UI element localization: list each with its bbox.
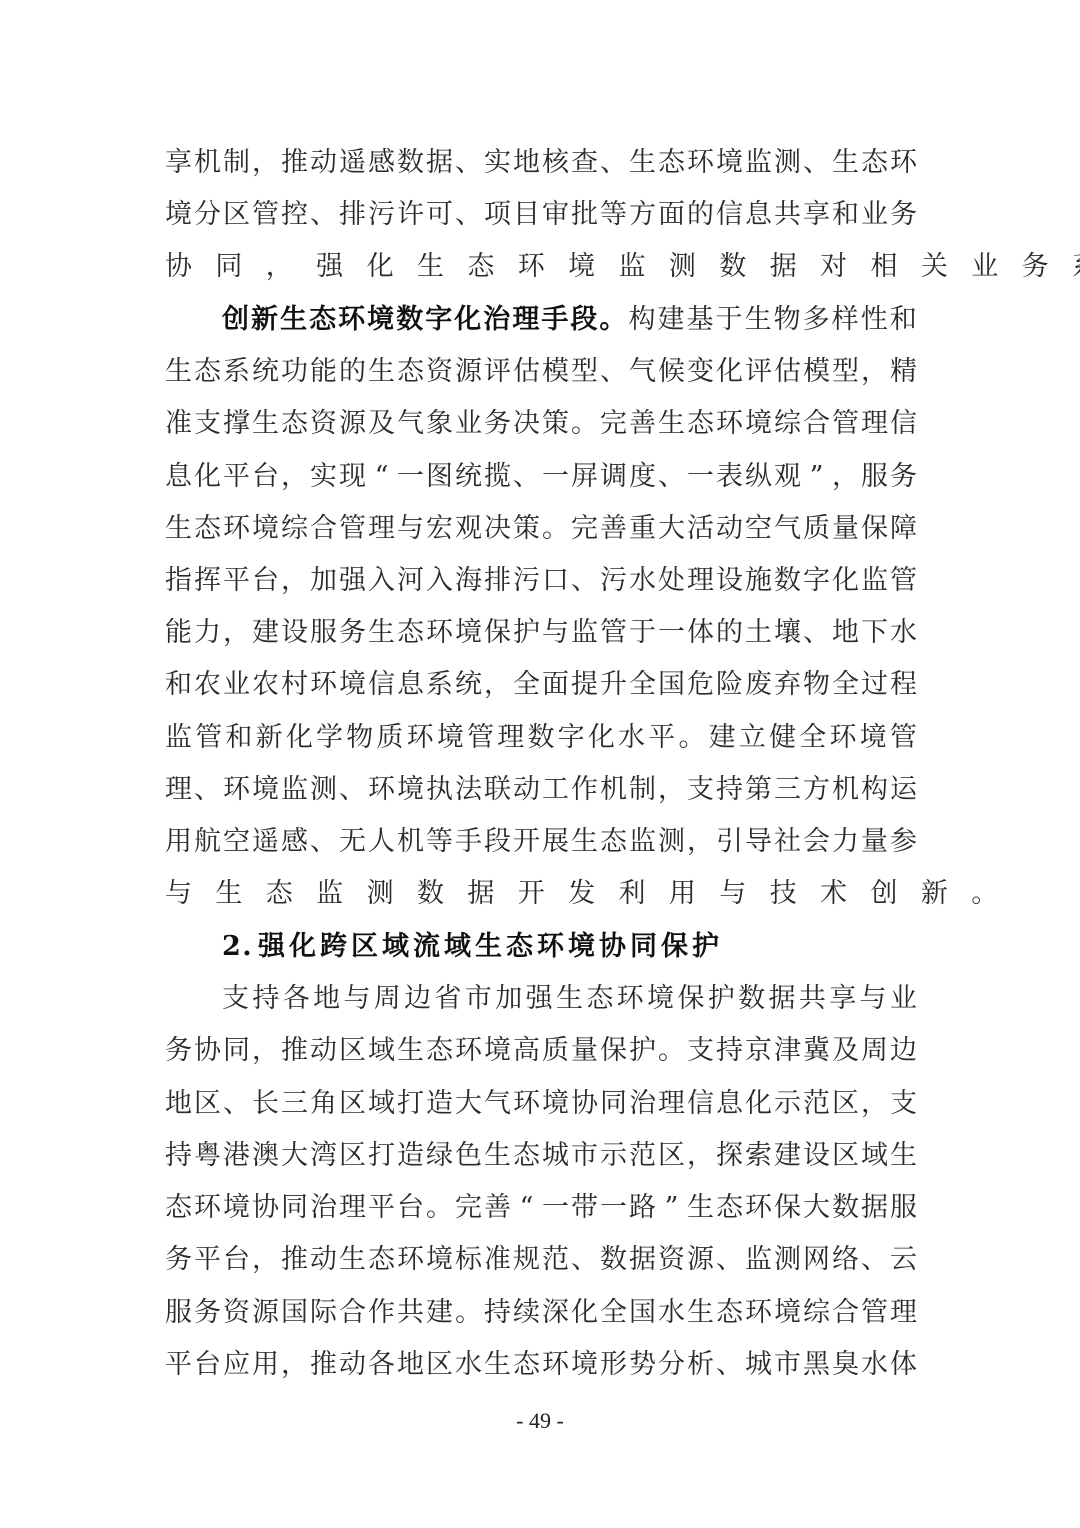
text-line: 理、环境监测、环境执法联动工作机制，支持第三方机构运 <box>165 770 917 810</box>
text-line: 指挥平台，加强入河入海排污口、污水处理设施数字化监管 <box>165 561 917 601</box>
section-heading: 2.强化跨区域流域生态环境协同保护 <box>222 927 917 967</box>
text-line: 创新生态环境数字化治理手段。构建基于生物多样性和 <box>222 300 917 340</box>
text-line: 能力，建设服务生态环境保护与监管于一体的土壤、地下水 <box>165 613 917 653</box>
text-line: 态环境协同治理平台。完善“一带一路”生态环保大数据服 <box>165 1188 917 1228</box>
text-line: 平台应用，推动各地区水生态环境形势分析、城市黑臭水体 <box>165 1345 917 1385</box>
text-line: 境分区管控、排污许可、项目审批等方面的信息共享和业务 <box>165 195 917 235</box>
text-line: 持粤港澳大湾区打造绿色生态城市示范区，探索建设区域生 <box>165 1136 917 1176</box>
text-line: 服务资源国际合作共建。持续深化全国水生态环境综合管理 <box>165 1293 917 1333</box>
page-number: - 49 - <box>0 1408 1080 1434</box>
text-line: 务协同，推动区域生态环境高质量保护。支持京津冀及周边 <box>165 1031 917 1071</box>
text-line: 监管和新化学物质环境管理数字化水平。建立健全环境管 <box>165 718 917 758</box>
text-line: 务平台，推动生态环境标准规范、数据资源、监测网络、云 <box>165 1240 917 1280</box>
text-line: 与生态监测数据开发利用与技术创新。 <box>165 874 917 914</box>
text-line: 生态系统功能的生态资源评估模型、气候变化评估模型，精 <box>165 352 917 392</box>
text-line: 用航空遥感、无人机等手段开展生态监测，引导社会力量参 <box>165 822 917 862</box>
text-line: 享机制，推动遥感数据、实地核查、生态环境监测、生态环 <box>165 143 917 183</box>
text-line: 生态环境综合管理与宏观决策。完善重大活动空气质量保障 <box>165 509 917 549</box>
text-line: 准支撑生态资源及气象业务决策。完善生态环境综合管理信 <box>165 404 917 444</box>
text-line: 支持各地与周边省市加强生态环境保护数据共享与业 <box>222 979 917 1019</box>
text-line: 息化平台，实现“一图统揽、一屏调度、一表纵观”，服务 <box>165 457 917 497</box>
text-line: 和农业农村环境信息系统，全面提升全国危险废弃物全过程 <box>165 665 917 705</box>
document-page: 享机制，推动遥感数据、实地核查、生态环境监测、生态环境分区管控、排污许可、项目审… <box>0 0 1080 1528</box>
text-line: 地区、长三角区域打造大气环境协同治理信息化示范区，支 <box>165 1084 917 1124</box>
text-line: 协同，强化生态环境监测数据对相关业务系统的支持。 <box>165 247 917 287</box>
